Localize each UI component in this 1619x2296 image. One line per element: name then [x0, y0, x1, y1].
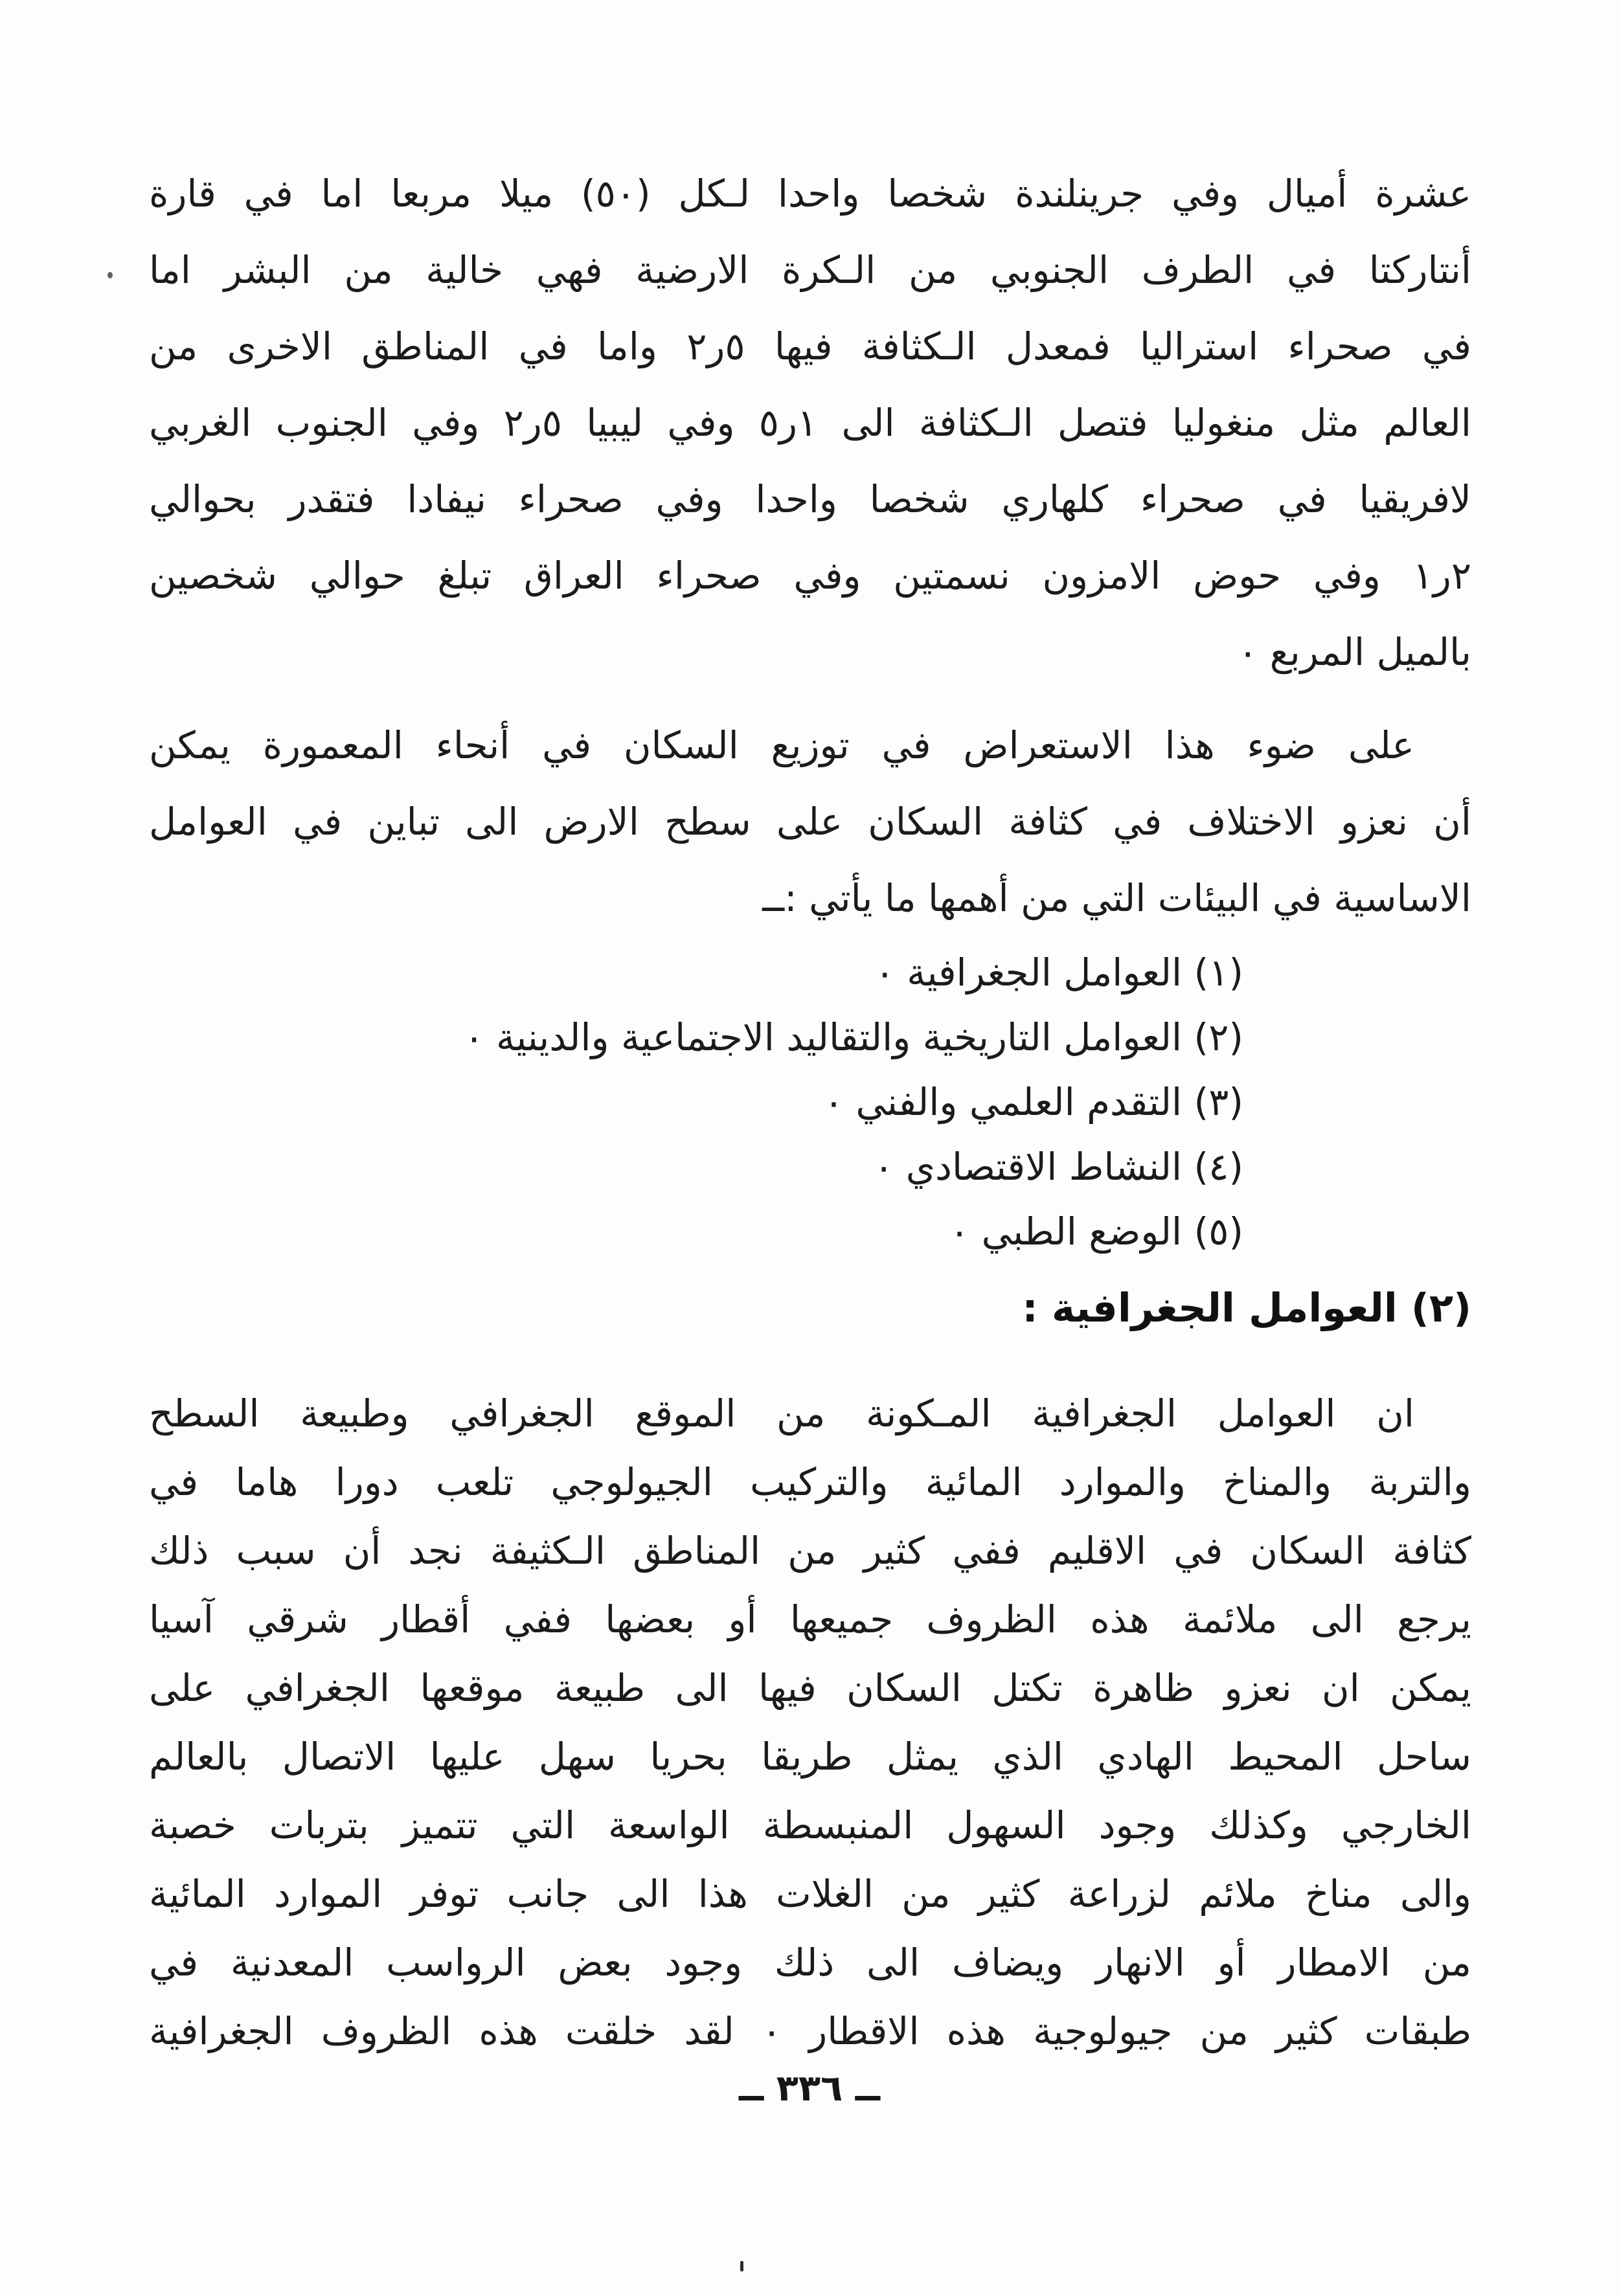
scan-artifact-speck: [740, 2261, 743, 2271]
scan-artifact-speck: [108, 272, 113, 278]
list-item-geographic-factors: (١) العوامل الجغرافية ٠: [149, 940, 1471, 1005]
paragraph-line: من الامطار أو الانهار ويضاف الى ذلك وجود…: [149, 1928, 1471, 1997]
paragraph-line: بالميل المربع ٠: [149, 614, 1471, 690]
paragraph-line: ان العوامل الجغرافية المـكونة من الموقع …: [149, 1379, 1471, 1448]
paragraph-line: ساحل المحيط الهادي الذي يمثل طريقا بحريا…: [149, 1722, 1471, 1791]
paragraph-line: يرجع الى ملائمة هذه الظروف جميعها أو بعض…: [149, 1585, 1471, 1654]
paragraph-geographic-factors-detail: ان العوامل الجغرافية المـكونة من الموقع …: [149, 1379, 1471, 2065]
paragraph-line: والى مناخ ملائم لزراعة كثير من الغلات هذ…: [149, 1860, 1471, 1928]
paragraph-population-density: عشرة أميال وفي جرينلندة شخصا واحدا لـكل …: [149, 155, 1471, 690]
section-heading: (٢) العوامل الجغرافية :: [149, 1279, 1471, 1338]
paragraph-line: العالم مثل منغوليا فتصل الـكثافة الى ١ر٥…: [149, 385, 1471, 461]
paragraph-line: الخارجي وكذلك وجود السهول المنبسطة الواس…: [149, 1791, 1471, 1860]
paragraph-line: عشرة أميال وفي جرينلندة شخصا واحدا لـكل …: [149, 155, 1471, 232]
paragraph-line: طبقات كثير من جيولوجية هذه الاقطار ٠ لقد…: [149, 1997, 1471, 2065]
paragraph-line: ٢ر١ وفي حوض الامزون نسمتين وفي صحراء الع…: [149, 537, 1471, 614]
list-item-scientific-technical-progress: (٣) التقدم العلمي والفني ٠: [149, 1070, 1471, 1134]
factors-list: (١) العوامل الجغرافية ٠ (٢) العوامل التا…: [149, 940, 1471, 1264]
paragraph-line: على ضوء هذا الاستعراض في توزيع السكان في…: [149, 707, 1471, 783]
scanned-book-page: عشرة أميال وفي جرينلندة شخصا واحدا لـكل …: [0, 0, 1619, 2296]
paragraph-line: في صحراء استراليا فمعدل الـكثافة فيها ٥ر…: [149, 308, 1471, 385]
paragraph-line: لافريقيا في صحراء كلهاري شخصا واحدا وفي …: [149, 461, 1471, 537]
paragraph-distribution-overview: على ضوء هذا الاستعراض في توزيع السكان في…: [149, 707, 1471, 936]
paragraph-line: كثافة السكان في الاقليم ففي كثير من المن…: [149, 1516, 1471, 1585]
paragraph-line: يمكن ان نعزو ظاهرة تكتل السكان فيها الى …: [149, 1654, 1471, 1722]
page-number: ــ ٣٣٦ ــ: [0, 2069, 1619, 2108]
paragraph-line: والتربة والمناخ والموارد المائية والتركي…: [149, 1448, 1471, 1516]
list-item-historical-social-religious: (٢) العوامل التاريخية والتقاليد الاجتماع…: [149, 1005, 1471, 1070]
page-text-block: عشرة أميال وفي جرينلندة شخصا واحدا لـكل …: [149, 155, 1471, 2065]
list-item-medical-situation: (٥) الوضع الطبي ٠: [149, 1199, 1471, 1264]
paragraph-line: أنتاركتا في الطرف الجنوبي من الـكرة الار…: [149, 232, 1471, 308]
paragraph-line: الاساسية في البيئات التي من أهمها ما يأت…: [149, 860, 1471, 936]
paragraph-line: أن نعزو الاختلاف في كثافة السكان على سطح…: [149, 783, 1471, 860]
list-item-economic-activity: (٤) النشاط الاقتصادي ٠: [149, 1134, 1471, 1199]
